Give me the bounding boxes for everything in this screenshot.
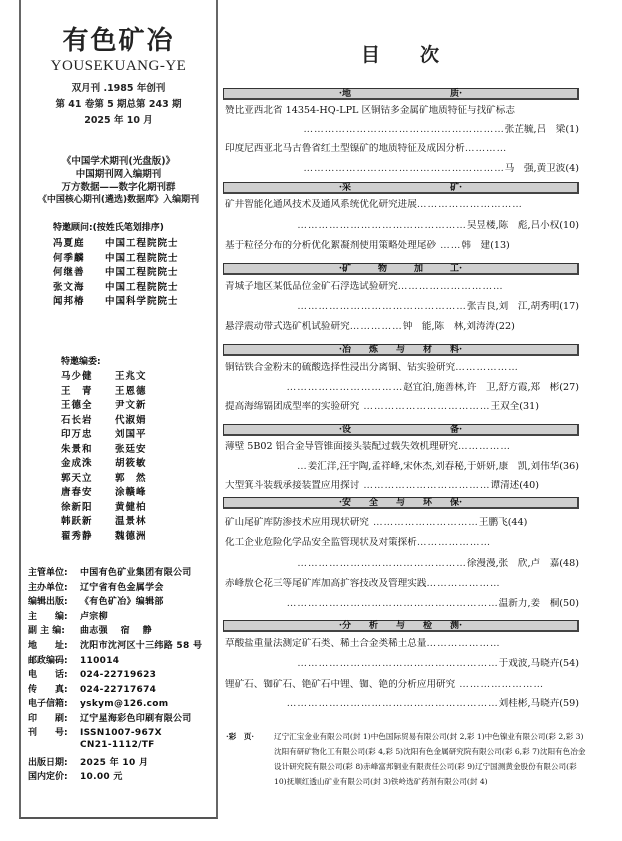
info-supervisor: 主管单位:中国有色矿业集团有限公司 <box>28 565 192 578</box>
info-publisher: 编辑出版:《有色矿冶》编辑部 <box>28 594 164 607</box>
section-bar-safety: ·安 全 与 环 保· <box>223 497 579 509</box>
editor-row: 翟秀静魏德洲 <box>61 528 147 542</box>
toc-article-title[interactable]: 悬浮震动带式选矿机试验研究……………钟 能,陈 林,刘涛涛(22) <box>225 321 579 333</box>
color-pages-text: 辽宁汇宝金业有限公司(封 1)中色国际贸易有限公司(封 2,彩 1)中色镍业有限… <box>274 729 586 789</box>
toc-article-title[interactable]: 化工企业危险化学品安全监管现状及对策探析………………… <box>225 537 579 549</box>
editor-row: 韩跃新温景林 <box>61 513 147 527</box>
editor-row: 马少健王兆文 <box>61 368 147 382</box>
indexing-line: 《中国核心期刊(遴选)数据库》入编期刊 <box>21 192 216 205</box>
section-bar-mineral-processing: ·矿 物 加 工· <box>223 263 579 275</box>
info-pub-date: 出版日期:2025 年 10 月 <box>28 755 148 768</box>
toc-article-title[interactable]: 提高海绵镉团成型率的实验研究 ………………………………王双全(31) <box>225 401 579 413</box>
advisor-row: 冯夏庭中国工程院院士 <box>53 235 179 249</box>
toc-article-title[interactable]: 青城子地区某低品位金矿石浮选试验研究………………………… <box>225 281 579 293</box>
info-chief-editor: 主 编:卢宗柳 <box>28 609 108 622</box>
toc-article-title[interactable]: 基于粒径分布的分析优化絮凝剂使用策略处理尾砂 ……韩 建(13) <box>225 240 579 252</box>
toc-article-title[interactable]: 赤峰敖仑花三等尾矿库加高扩容技改及管理实践………………… <box>225 578 579 590</box>
info-address: 地 址:沈阳市沈河区十三纬路 58 号 <box>28 638 202 651</box>
advisor-row: 张文海中国工程院院士 <box>53 279 179 293</box>
toc-article-byline: …………………………………………………张芷毓,吕 梁(1) <box>225 124 579 136</box>
info-issn: 刊 号:ISSN1007-967X <box>28 725 162 738</box>
editor-row: 石长岩代淑娟 <box>61 412 147 426</box>
toc-article-title[interactable]: 赞比亚西北省 14354-HQ-LPL 区铜钴多金属矿地质特征与找矿标志 <box>225 105 579 117</box>
toc-article-byline: …………………………………………张吉良,刘 江,胡秀明(17) <box>225 301 579 313</box>
indexing-line: 《中国学术期刊(光盘版)》 <box>21 153 216 167</box>
indexing-line: 万方数据——数字化期刊群 <box>21 179 216 193</box>
journal-frequency: 双月刊 .1985 年创刊 <box>21 80 216 94</box>
editor-row: 印万忠刘国平 <box>61 426 147 440</box>
editor-row: 郭天立郭 然 <box>61 470 147 484</box>
journal-pinyin: YOUSEKUANG-YE <box>21 58 216 75</box>
indexing-line: 中国期刊网入编期刊 <box>21 166 216 180</box>
toc-title: 目次 <box>220 40 620 67</box>
info-sponsor: 主办单位:辽宁省有色金属学会 <box>28 580 164 593</box>
toc-article-byline: …………………………………………徐漫漫,张 欣,卢 嘉(48) <box>225 558 579 570</box>
editors-heading: 特邀编委: <box>61 354 101 367</box>
info-price: 国内定价:10.00 元 <box>28 769 123 782</box>
info-email[interactable]: 电子信箱:yskym@126.com <box>28 696 168 709</box>
toc-article-title[interactable]: 草酸盐重量法测定矿石类、稀土合金类稀土总量………………… <box>225 638 579 650</box>
toc-article-title[interactable]: 锂矿石、铷矿石、铯矿石中锂、铷、铯的分析应用研究 …………………… <box>225 679 579 691</box>
editor-row: 王 青王恩德 <box>61 383 147 397</box>
advisor-row: 何继善中国工程院院士 <box>53 264 179 278</box>
section-bar-equipment: ·设 备· <box>223 424 579 436</box>
journal-date: 2025 年 10 月 <box>21 112 216 126</box>
toc-article-byline: …………………………………………………马 强,黄卫波(4) <box>225 163 579 175</box>
toc-article-title[interactable]: 铜钴铁合金粉末的硫酸选择性浸出分离铜、钴实验研究……………… <box>225 362 579 374</box>
advisor-row: 何季麟中国工程院院士 <box>53 250 179 264</box>
info-postcode: 邮政编码:110014 <box>28 653 119 666</box>
section-bar-metallurgy: ·冶 炼 与 材 料· <box>223 344 579 356</box>
info-deputy-editor: 副 主 编:曲志强 宿 静 <box>28 623 152 636</box>
journal-volume: 第 41 卷第 5 期总第 243 期 <box>21 96 216 110</box>
toc-article-title[interactable]: 矿山尾矿库防渗技术应用现状研究 …………………………王鹏飞(44) <box>225 517 579 529</box>
advisor-row: 闻邦椿中国科学院院士 <box>53 293 179 307</box>
advisors-heading: 特邀顾问:(按姓氏笔划排序) <box>53 220 164 233</box>
editor-row: 王德全尹文新 <box>61 397 147 411</box>
toc-article-title[interactable]: 矿井智能化通风技术及通风系统优化研究进展………………………… <box>225 199 579 211</box>
editor-row: 朱景和张廷安 <box>61 441 147 455</box>
toc-article-byline: ……………………………………………………刘桂彬,马晓卉(59) <box>225 698 579 710</box>
toc-article-byline: ……………………………………………………温新力,姜 桐(50) <box>225 598 579 610</box>
editor-row: 徐新阳黄健柏 <box>61 499 147 513</box>
journal-logo: 有色矿冶 <box>21 20 216 57</box>
toc-article-byline: …………………………………………………于戏波,马晓卉(54) <box>225 658 579 670</box>
toc-article-title[interactable]: 薄壁 5B02 铝合金导管锥面接头装配过载失效机理研究…………… <box>225 441 579 453</box>
section-bar-mining: ·采 矿· <box>223 182 579 194</box>
info-phone: 电 话:024-22719623 <box>28 667 156 680</box>
toc-article-title[interactable]: 印度尼西亚北马古鲁省红土型镍矿的地质特征及成因分析………… <box>225 143 579 155</box>
info-fax: 传 真:024-22717674 <box>28 682 156 695</box>
section-bar-geology: ·地 质· <box>223 88 579 100</box>
toc-article-byline: …姜汇洋,汪宇陶,孟祥峰,宋休杰,刘春秘,于妍妍,康 凯,刘伟华(36) <box>225 461 579 473</box>
info-cn: CN21-1112/TF <box>28 740 155 750</box>
editor-row: 金成洙胡筱敏 <box>61 455 147 469</box>
masthead-box: 有色矿冶 YOUSEKUANG-YE 双月刊 .1985 年创刊 第 41 卷第… <box>19 0 218 819</box>
editor-row: 唐春安涂赣峰 <box>61 484 147 498</box>
toc-article-byline: ……………………………赵宜泊,施善林,许 卫,舒方霞,郑 彬(27) <box>225 382 579 394</box>
color-pages-label: ·彩 页· <box>226 729 254 744</box>
toc-article-title[interactable]: 大型箕斗装载承接装置应用探讨 ………………………………谭清述(40) <box>225 480 579 492</box>
section-bar-analysis: ·分 析 与 检 测· <box>223 620 579 632</box>
toc-article-byline: …………………………………………吴昱楼,陈 彪,吕小权(10) <box>225 220 579 232</box>
info-printer: 印 刷:辽宁星海彩色印刷有限公司 <box>28 711 192 724</box>
